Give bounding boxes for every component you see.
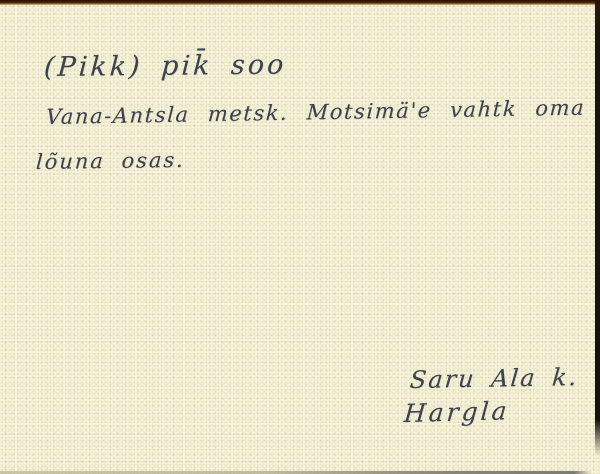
scan-edge-right: [595, 0, 600, 456]
description-line-2: lõuna osas.: [35, 148, 185, 174]
description-line-1: Vana-Antsla metsk. Motsimä'e vahtk oma: [45, 96, 586, 129]
place-name-title: (Pikk) pik̄ soo: [43, 49, 287, 83]
signature-parish-line: Hargla: [403, 396, 511, 428]
index-card-scan: (Pikk) pik̄ soo Vana-Antsla metsk. Motsi…: [0, 0, 600, 474]
signature-village-line: Saru Ala k.: [409, 363, 580, 394]
scan-edge-top: [0, 0, 600, 5]
